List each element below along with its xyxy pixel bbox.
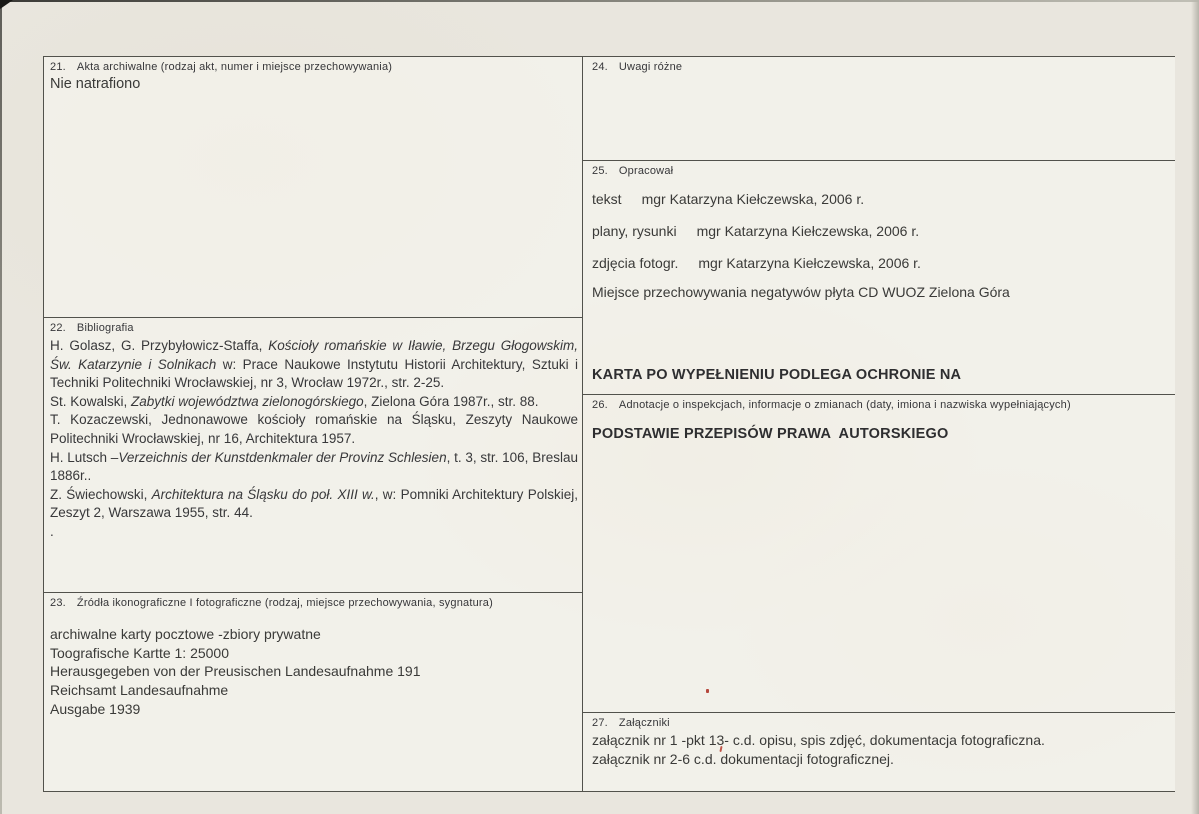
section-25-header: 25.Opracował (592, 165, 1169, 177)
source-line: Toografische Kartte 1: 25000 (50, 644, 576, 663)
scan-corner-artifact (0, 0, 13, 9)
source-line: Ausgabe 1939 (50, 700, 576, 719)
bib-text: T. Kozaczewski, Jednonawowe kościoły rom… (50, 412, 578, 446)
author-row-value: mgr Katarzyna Kiełczewska, 2006 r. (697, 223, 920, 239)
scanned-document-page: 21.Akta archiwalne (rodzaj akt, numer i … (0, 0, 1199, 814)
scan-edge-left-artifact (0, 0, 2, 814)
left-column: 21.Akta archiwalne (rodzaj akt, numer i … (43, 56, 583, 792)
section-24-header: 24.Uwagi różne (592, 61, 1169, 73)
author-row-label: plany, rysunki (592, 222, 677, 241)
section-22-title: Bibliografia (77, 322, 134, 334)
section-27-title: Załączniki (619, 717, 670, 729)
attachment-line: załącznik nr 1 -pkt 13- c.d. opisu, spis… (592, 731, 1169, 750)
author-row: plany, rysunkimgr Katarzyna Kiełczewska,… (592, 222, 1169, 241)
bibliography-entry: T. Kozaczewski, Jednonawowe kościoły rom… (50, 411, 578, 448)
source-line: Reichsamt Landesaufnahme (50, 681, 576, 700)
section-27-zalaczniki: 27.Załączniki załącznik nr 1 -pkt 13- c.… (583, 713, 1175, 791)
bib-title-italic: Verzeichnis der Kunstdenkmaler der Provi… (118, 450, 446, 465)
section-23-number: 23. (50, 597, 66, 609)
section-27-number: 27. (592, 717, 608, 729)
bib-text: . (50, 524, 54, 539)
section-24-number: 24. (592, 61, 608, 73)
author-row-label: zdjęcia fotogr. (592, 254, 678, 273)
attachment-line: załącznik nr 2-6 c.d. dokumentacji fotog… (592, 750, 1169, 769)
section-23-title: Źródła ikonograficzne I fotograficzne (r… (77, 597, 493, 609)
section-24-title: Uwagi różne (619, 61, 682, 73)
section-21-number: 21. (50, 61, 66, 73)
author-row: zdjęcia fotogr.mgr Katarzyna Kiełczewska… (592, 254, 1169, 273)
scan-edge-right-artifact (1191, 0, 1199, 814)
bibliography-entry: St. Kowalski, Zabytki województwa zielon… (50, 393, 578, 412)
bib-text: H. Lutsch – (50, 450, 118, 465)
akta-archiwalne-value: Nie natrafiono (50, 76, 576, 92)
section-26-title: Adnotacje o inspekcjach, informacje o zm… (619, 399, 1071, 411)
section-26-number: 26. (592, 399, 608, 411)
section-22-bibliografia: 22.Bibliografia H. Golasz, G. Przybyłowi… (44, 317, 582, 592)
section-25-number: 25. (592, 165, 608, 177)
sources-list: archiwalne karty pocztowe -zbiory prywat… (50, 625, 576, 719)
red-ink-dot-artifact (706, 689, 709, 693)
section-21-akta-archiwalne: 21.Akta archiwalne (rodzaj akt, numer i … (44, 57, 582, 317)
section-26-header: 26.Adnotacje o inspekcjach, informacje o… (592, 399, 1169, 411)
section-21-header: 21.Akta archiwalne (rodzaj akt, numer i … (50, 61, 576, 73)
section-22-number: 22. (50, 322, 66, 334)
bib-title-italic: Zabytki województwa zielonogórskiego (131, 394, 364, 409)
bibliography-entry: H. Lutsch –Verzeichnis der Kunstdenkmale… (50, 449, 578, 486)
bib-text: , Zielona Góra 1987r., str. 88. (364, 394, 539, 409)
right-column: 24.Uwagi różne 25.Opracował tekstmgr Kat… (583, 56, 1175, 792)
form-table: 21.Akta archiwalne (rodzaj akt, numer i … (43, 56, 1175, 792)
section-21-title: Akta archiwalne (rodzaj akt, numer i mie… (77, 61, 392, 73)
section-27-header: 27.Załączniki (592, 717, 1169, 729)
bib-text: H. Golasz, G. Przybyłowicz-Staffa, (50, 338, 268, 353)
author-row-value: mgr Katarzyna Kiełczewska, 2006 r. (642, 191, 865, 207)
section-25-opracowal: 25.Opracował tekstmgr Katarzyna Kiełczew… (583, 161, 1175, 395)
source-line: Herausgegeben von der Preusischen Landes… (50, 662, 576, 681)
negatives-storage-note: Miejsce przechowywania negatywów płyta C… (592, 284, 1169, 300)
section-23-zrodla-ikonograficzne: 23.Źródła ikonograficzne I fotograficzne… (44, 592, 582, 791)
bib-text: St. Kowalski, (50, 394, 131, 409)
bib-text: Z. Świechowski, (50, 487, 152, 502)
source-line: archiwalne karty pocztowe -zbiory prywat… (50, 625, 576, 644)
section-23-header: 23.Źródła ikonograficzne I fotograficzne… (50, 597, 576, 609)
section-26-adnotacje: 26.Adnotacje o inspekcjach, informacje o… (583, 395, 1175, 713)
author-row-label: tekst (592, 190, 622, 209)
attachments-list: załącznik nr 1 -pkt 13- c.d. opisu, spis… (592, 731, 1169, 769)
bibliography-entry: . (50, 523, 578, 542)
author-row: tekstmgr Katarzyna Kiełczewska, 2006 r. (592, 190, 1169, 209)
scan-edge-top-artifact (0, 0, 1199, 2)
bibliography-list: H. Golasz, G. Przybyłowicz-Staffa, Kości… (50, 337, 578, 542)
section-22-header: 22.Bibliografia (50, 322, 578, 334)
section-25-title: Opracował (619, 165, 673, 177)
bibliography-entry: Z. Świechowski, Architektura na Śląsku d… (50, 486, 578, 523)
author-row-value: mgr Katarzyna Kiełczewska, 2006 r. (698, 255, 921, 271)
section-24-uwagi-rozne: 24.Uwagi różne (583, 57, 1175, 161)
copyright-notice-line: KARTA PO WYPEŁNIENIU PODLEGA OCHRONIE NA (592, 366, 1169, 386)
bibliography-entry: H. Golasz, G. Przybyłowicz-Staffa, Kości… (50, 337, 578, 393)
bib-title-italic: Architektura na Śląsku do poł. XIII w. (152, 487, 375, 502)
